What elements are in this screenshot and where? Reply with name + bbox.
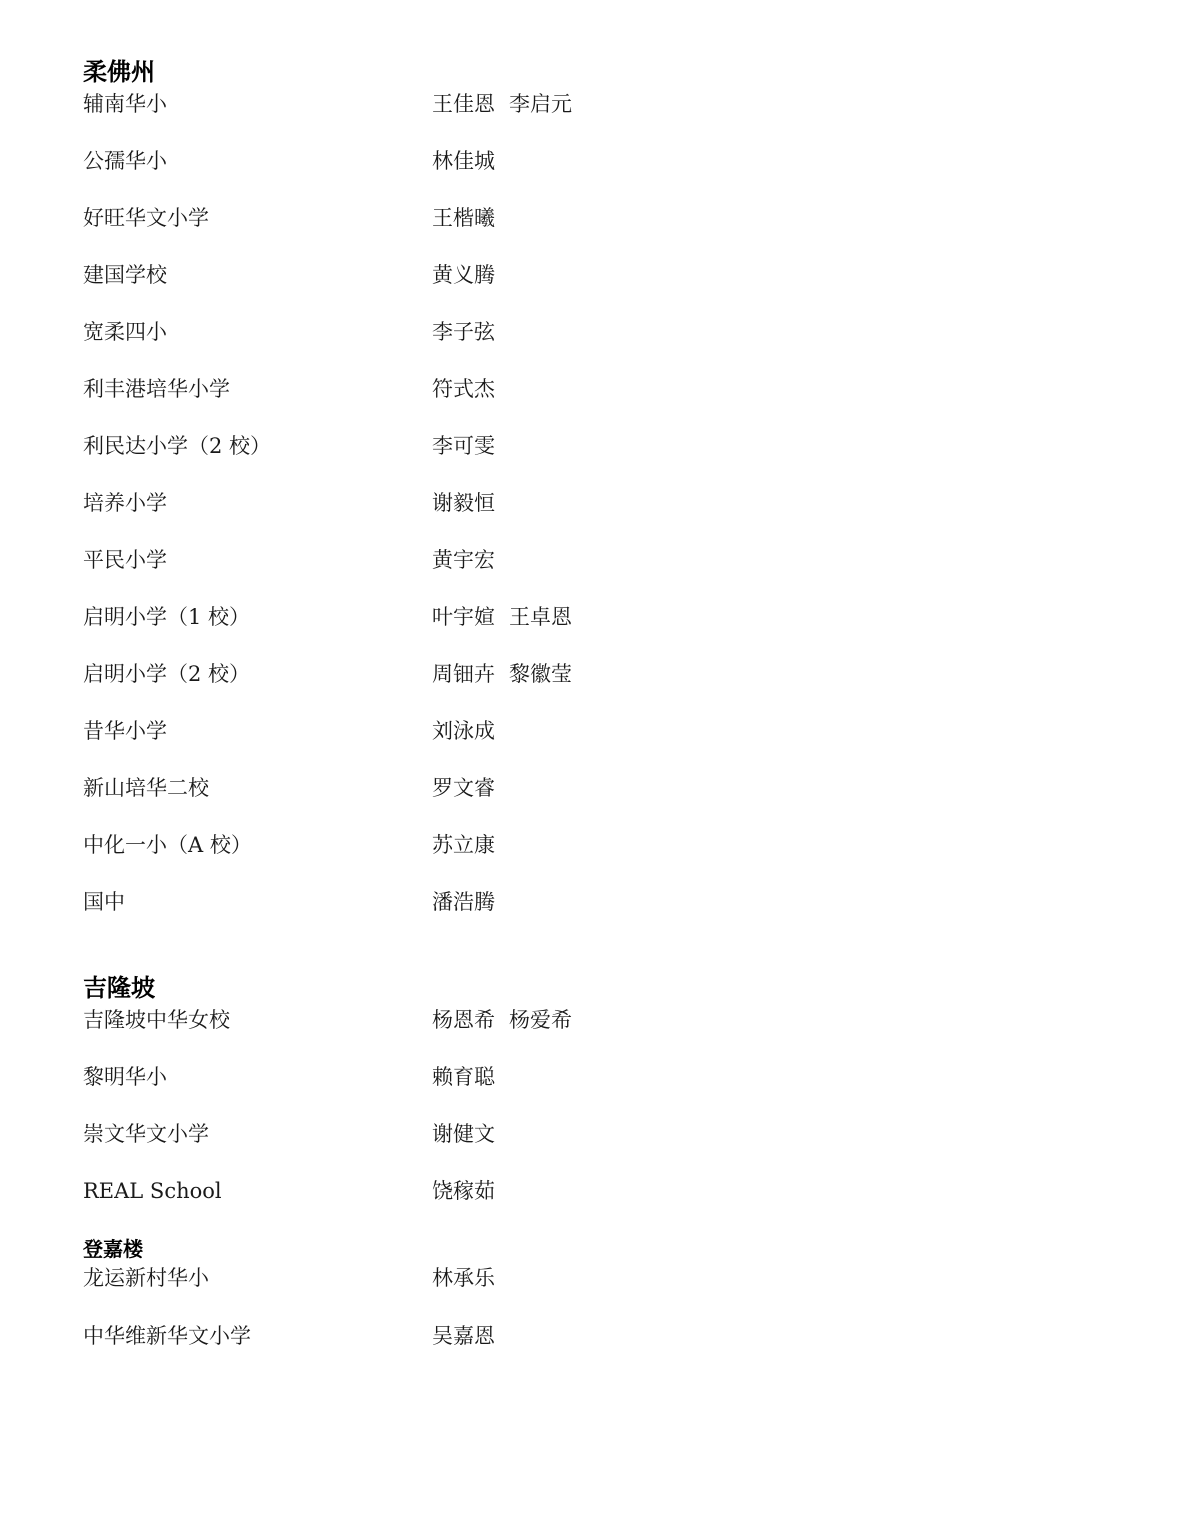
list-item: 公孺华小 林佳城	[0, 147, 1187, 175]
student-name: 刘泳成	[432, 719, 495, 743]
school-name: 公孺华小	[83, 147, 167, 175]
school-name: 龙运新村华小	[83, 1264, 209, 1292]
list-item: 启明小学（1 校） 叶宇媗王卓恩	[0, 603, 1187, 631]
student-names: 李可雯	[432, 432, 495, 460]
list-item: 辅南华小 王佳恩李启元	[0, 90, 1187, 118]
student-name: 王楷曦	[432, 206, 495, 230]
student-names: 谢毅恒	[432, 489, 495, 517]
student-names: 饶稼茹	[432, 1177, 495, 1205]
school-name: 辅南华小	[83, 90, 167, 118]
list-item: 利民达小学（2 校） 李可雯	[0, 432, 1187, 460]
student-name: 王卓恩	[509, 605, 572, 629]
school-name: 昔华小学	[83, 717, 167, 745]
list-item: 中华维新华文小学 吴嘉恩	[0, 1322, 1187, 1350]
student-name: 黄义腾	[432, 263, 495, 287]
section-heading-kuala-lumpur: 吉隆坡	[83, 974, 155, 1002]
student-names: 周钿卉黎徽莹	[432, 660, 572, 688]
list-item: 利丰港培华小学 符式杰	[0, 375, 1187, 403]
school-name: 崇文华文小学	[83, 1120, 209, 1148]
student-names: 符式杰	[432, 375, 495, 403]
school-name: 国中	[83, 888, 125, 916]
school-name: 利丰港培华小学	[83, 375, 230, 403]
list-item: 平民小学 黄宇宏	[0, 546, 1187, 574]
list-item: 中化一小（A 校） 苏立康	[0, 831, 1187, 859]
school-name: 宽柔四小	[83, 318, 167, 346]
student-names: 叶宇媗王卓恩	[432, 603, 572, 631]
student-names: 潘浩腾	[432, 888, 495, 916]
list-item: 黎明华小 赖育聪	[0, 1063, 1187, 1091]
student-names: 吴嘉恩	[432, 1322, 495, 1350]
student-name: 潘浩腾	[432, 890, 495, 914]
student-names: 王佳恩李启元	[432, 90, 572, 118]
school-name: 好旺华文小学	[83, 204, 209, 232]
school-name: 培养小学	[83, 489, 167, 517]
student-names: 黄宇宏	[432, 546, 495, 574]
document-page: 柔佛州 辅南华小 王佳恩李启元 公孺华小 林佳城 好旺华文小学 王楷曦 建国学校…	[0, 0, 1187, 1536]
student-name: 杨爱希	[509, 1008, 572, 1032]
school-name: 吉隆坡中华女校	[83, 1006, 230, 1034]
school-name: REAL School	[83, 1177, 222, 1205]
student-name: 王佳恩	[432, 92, 495, 116]
student-name: 李子弦	[432, 320, 495, 344]
school-name: 平民小学	[83, 546, 167, 574]
student-name: 叶宇媗	[432, 605, 495, 629]
student-names: 李子弦	[432, 318, 495, 346]
school-name: 中华维新华文小学	[83, 1322, 251, 1350]
list-item: 培养小学 谢毅恒	[0, 489, 1187, 517]
student-name: 黄宇宏	[432, 548, 495, 572]
list-item: 吉隆坡中华女校 杨恩希杨爱希	[0, 1006, 1187, 1034]
list-item: 崇文华文小学 谢健文	[0, 1120, 1187, 1148]
student-name: 周钿卉	[432, 662, 495, 686]
list-item: 宽柔四小 李子弦	[0, 318, 1187, 346]
list-item: REAL School 饶稼茹	[0, 1177, 1187, 1205]
student-name: 谢毅恒	[432, 491, 495, 515]
student-name: 谢健文	[432, 1122, 495, 1146]
student-name: 赖育聪	[432, 1065, 495, 1089]
list-item: 昔华小学 刘泳成	[0, 717, 1187, 745]
student-name: 罗文睿	[432, 776, 495, 800]
student-name: 饶稼茹	[432, 1179, 495, 1203]
student-names: 林佳城	[432, 147, 495, 175]
student-names: 刘泳成	[432, 717, 495, 745]
student-names: 林承乐	[432, 1264, 495, 1292]
school-name: 新山培华二校	[83, 774, 209, 802]
list-item: 国中 潘浩腾	[0, 888, 1187, 916]
list-item: 龙运新村华小 林承乐	[0, 1264, 1187, 1292]
school-name: 中化一小（A 校）	[83, 831, 252, 859]
school-name: 利民达小学（2 校）	[83, 432, 271, 460]
student-name: 符式杰	[432, 377, 495, 401]
student-name: 林佳城	[432, 149, 495, 173]
student-names: 罗文睿	[432, 774, 495, 802]
student-name: 黎徽莹	[509, 662, 572, 686]
school-name: 黎明华小	[83, 1063, 167, 1091]
student-name: 吴嘉恩	[432, 1324, 495, 1348]
section-heading-johor: 柔佛州	[83, 58, 155, 86]
student-names: 赖育聪	[432, 1063, 495, 1091]
student-names: 谢健文	[432, 1120, 495, 1148]
list-item: 新山培华二校 罗文睿	[0, 774, 1187, 802]
student-name: 李启元	[509, 92, 572, 116]
student-name: 林承乐	[432, 1266, 495, 1290]
school-name: 建国学校	[83, 261, 167, 289]
student-names: 苏立康	[432, 831, 495, 859]
student-name: 李可雯	[432, 434, 495, 458]
student-name: 苏立康	[432, 833, 495, 857]
section-heading-terengganu: 登嘉楼	[83, 1237, 143, 1261]
list-item: 好旺华文小学 王楷曦	[0, 204, 1187, 232]
list-item: 建国学校 黄义腾	[0, 261, 1187, 289]
student-names: 王楷曦	[432, 204, 495, 232]
student-names: 杨恩希杨爱希	[432, 1006, 572, 1034]
school-name: 启明小学（2 校）	[83, 660, 250, 688]
student-name: 杨恩希	[432, 1008, 495, 1032]
school-name: 启明小学（1 校）	[83, 603, 250, 631]
list-item: 启明小学（2 校） 周钿卉黎徽莹	[0, 660, 1187, 688]
student-names: 黄义腾	[432, 261, 495, 289]
